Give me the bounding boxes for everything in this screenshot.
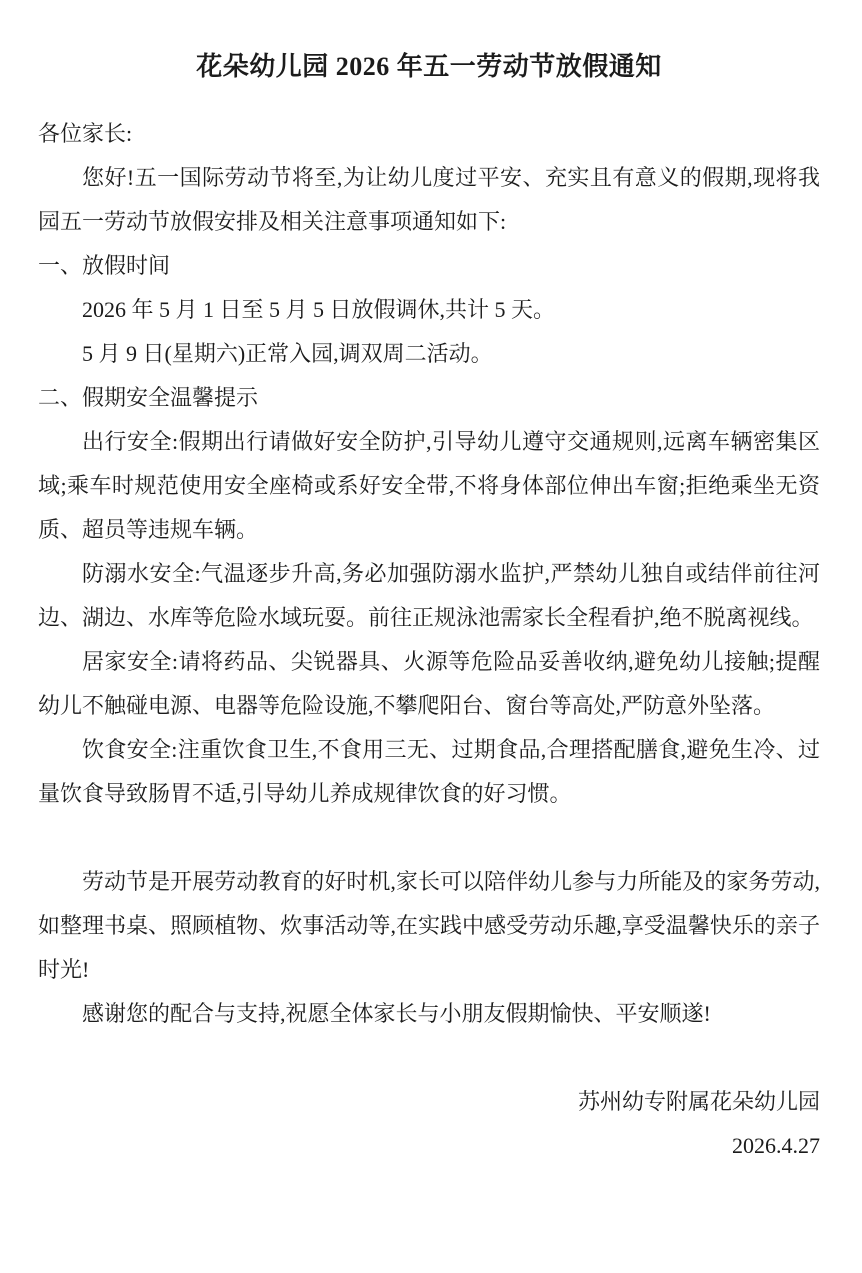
- home-safety-paragraph: 居家安全:请将药品、尖锐器具、火源等危险品妥善收纳,避免幼儿接触;提醒幼儿不触碰…: [38, 640, 820, 728]
- salutation: 各位家长:: [38, 112, 820, 156]
- signature-organization: 苏州幼专附属花朵幼儿园: [38, 1080, 820, 1124]
- signature-block: 苏州幼专附属花朵幼儿园 2026.4.27: [38, 1080, 820, 1168]
- food-safety-paragraph: 饮食安全:注重饮食卫生,不食用三无、过期食品,合理搭配膳食,避免生冷、过量饮食导…: [38, 728, 820, 816]
- section1-heading: 一、放假时间: [38, 244, 820, 288]
- drowning-safety-paragraph: 防溺水安全:气温逐步升高,务必加强防溺水监护,严禁幼儿独自或结伴前往河边、湖边、…: [38, 552, 820, 640]
- holiday-dates-line: 2026 年 5 月 1 日至 5 月 5 日放假调休,共计 5 天。: [38, 288, 820, 332]
- section2-heading: 二、假期安全温馨提示: [38, 376, 820, 420]
- intro-paragraph: 您好!五一国际劳动节将至,为让幼儿度过平安、充实且有意义的假期,现将我园五一劳动…: [38, 156, 820, 244]
- signature-date: 2026.4.27: [38, 1124, 820, 1168]
- travel-safety-paragraph: 出行安全:假期出行请做好安全防护,引导幼儿遵守交通规则,远离车辆密集区域;乘车时…: [38, 420, 820, 552]
- notice-title: 花朵幼儿园 2026 年五一劳动节放假通知: [38, 46, 820, 88]
- thanks-paragraph: 感谢您的配合与支持,祝愿全体家长与小朋友假期愉快、平安顺遂!: [38, 992, 820, 1036]
- return-date-line: 5 月 9 日(星期六)正常入园,调双周二活动。: [38, 332, 820, 376]
- labor-education-paragraph: 劳动节是开展劳动教育的好时机,家长可以陪伴幼儿参与力所能及的家务劳动,如整理书桌…: [38, 860, 820, 992]
- notice-page: 花朵幼儿园 2026 年五一劳动节放假通知 各位家长: 您好!五一国际劳动节将至…: [0, 0, 862, 1273]
